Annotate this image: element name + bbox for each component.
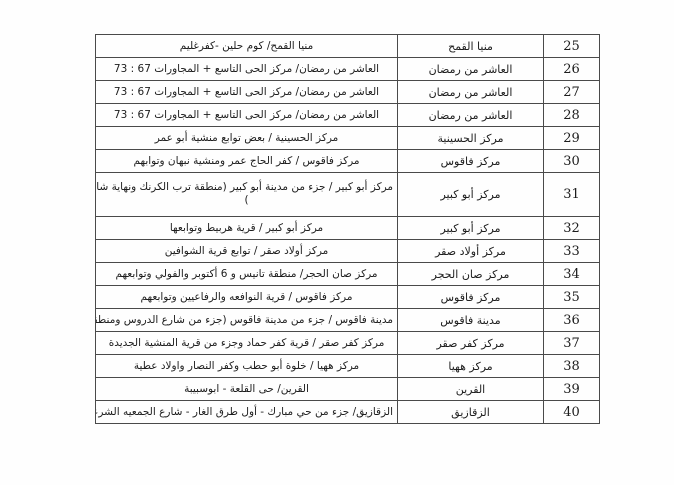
area-description-cell: مركز أبو كبير / قرية هربيط وتوابعها	[96, 217, 398, 240]
row-number-cell: 30	[544, 150, 600, 173]
area-description-cell: العاشر من رمضان/ مركز الحى التاسع + المج…	[96, 104, 398, 127]
area-description-cell: العاشر من رمضان/ مركز الحى التاسع + المج…	[96, 81, 398, 104]
area-description-cell: العاشر من رمضان/ مركز الحى التاسع + المج…	[96, 58, 398, 81]
table-row: 29 مركز الحسينية مركز الحسينية / بعض توا…	[96, 127, 600, 150]
row-number-cell: 37	[544, 332, 600, 355]
area-description-line2: )	[100, 193, 393, 208]
area-description-line1: مركز أبو كبير / جزء من مدينة أبو كبير (م…	[100, 181, 393, 193]
row-number-cell: 35	[544, 286, 600, 309]
table-row: 28 العاشر من رمضان العاشر من رمضان/ مركز…	[96, 104, 600, 127]
center-name-cell: مركز أبو كبير	[398, 217, 544, 240]
area-description-cell: مركز فاقوس / قرية النوافعه والرفاعيين وت…	[96, 286, 398, 309]
area-description-cell: مركز ههيا / خلوة أبو حطب وكفر النصار واو…	[96, 355, 398, 378]
center-name-cell: الزقازيق	[398, 401, 544, 424]
row-number-cell: 38	[544, 355, 600, 378]
table-row: 40 الزقازيق الزقازيق/ جزء من حي مبارك - …	[96, 401, 600, 424]
row-number-cell: 29	[544, 127, 600, 150]
row-number-cell: 32	[544, 217, 600, 240]
center-name-cell: منيا القمح	[398, 35, 544, 58]
table-row: 38 مركز ههيا مركز ههيا / خلوة أبو حطب وك…	[96, 355, 600, 378]
table-row: 26 العاشر من رمضان العاشر من رمضان/ مركز…	[96, 58, 600, 81]
center-name-cell: مركز أولاد صقر	[398, 240, 544, 263]
table-row: 34 مركز صان الحجر مركز صان الحجر/ منطقة …	[96, 263, 600, 286]
area-description-cell: مركز فاقوس / كفر الحاج عمر ومنشية نبهان …	[96, 150, 398, 173]
area-description-cell: منيا القمح/ كوم حلين -كفرغليم	[96, 35, 398, 58]
table-row: 37 مركز كفر صقر مركز كفر صقر / قرية كفر …	[96, 332, 600, 355]
center-name-cell: مركز صان الحجر	[398, 263, 544, 286]
row-number-cell: 34	[544, 263, 600, 286]
center-name-cell: مركز الحسينية	[398, 127, 544, 150]
area-description-cell: مركز كفر صقر / قرية كفر حماد وجزء من قري…	[96, 332, 398, 355]
center-name-cell: العاشر من رمضان	[398, 58, 544, 81]
row-number-cell: 27	[544, 81, 600, 104]
row-number-cell: 36	[544, 309, 600, 332]
coverage-table: 25 منيا القمح منيا القمح/ كوم حلين -كفرغ…	[95, 34, 600, 424]
center-name-cell: القرين	[398, 378, 544, 401]
table-row: 39 القرين القرين/ حى القلعة - ابوسبيبة	[96, 378, 600, 401]
area-description-cell: القرين/ حى القلعة - ابوسبيبة	[96, 378, 398, 401]
area-description-cell: مركز الحسينية / بعض توابع منشية أبو عمر	[96, 127, 398, 150]
area-description-cell: مركز صان الحجر/ منطقة تانيس و 6 أكتوبر و…	[96, 263, 398, 286]
center-name-cell: العاشر من رمضان	[398, 81, 544, 104]
center-name-cell: مركز ههيا	[398, 355, 544, 378]
table-row: 35 مركز فاقوس مركز فاقوس / قرية النوافعه…	[96, 286, 600, 309]
table-row: 33 مركز أولاد صقر مركز أولاد صقر / توابع…	[96, 240, 600, 263]
row-number-cell: 31	[544, 173, 600, 217]
table-row: 36 مدينة فاقوس مدينة فاقوس / جزء من مدين…	[96, 309, 600, 332]
document-page: 25 منيا القمح منيا القمح/ كوم حلين -كفرغ…	[0, 0, 674, 485]
area-description-cell: مركز أولاد صقر / توابع قرية الشوافين	[96, 240, 398, 263]
center-name-cell: مركز فاقوس	[398, 150, 544, 173]
center-name-cell: مركز كفر صقر	[398, 332, 544, 355]
center-name-cell: مدينة فاقوس	[398, 309, 544, 332]
area-description-cell: مركز أبو كبير / جزء من مدينة أبو كبير (م…	[96, 173, 398, 217]
row-number-cell: 40	[544, 401, 600, 424]
table-row: 31 مركز أبو كبير مركز أبو كبير / جزء من …	[96, 173, 600, 217]
table-row: 27 العاشر من رمضان العاشر من رمضان/ مركز…	[96, 81, 600, 104]
area-description-cell: مدينة فاقوس / جزء من مدينة فاقوس (جزء من…	[96, 309, 398, 332]
area-description-cell: الزقازيق/ جزء من حي مبارك - أول طرق الغا…	[96, 401, 398, 424]
row-number-cell: 39	[544, 378, 600, 401]
table-row: 32 مركز أبو كبير مركز أبو كبير / قرية هر…	[96, 217, 600, 240]
row-number-cell: 28	[544, 104, 600, 127]
table-row: 30 مركز فاقوس مركز فاقوس / كفر الحاج عمر…	[96, 150, 600, 173]
row-number-cell: 33	[544, 240, 600, 263]
row-number-cell: 26	[544, 58, 600, 81]
table-row: 25 منيا القمح منيا القمح/ كوم حلين -كفرغ…	[96, 35, 600, 58]
row-number-cell: 25	[544, 35, 600, 58]
center-name-cell: العاشر من رمضان	[398, 104, 544, 127]
center-name-cell: مركز أبو كبير	[398, 173, 544, 217]
center-name-cell: مركز فاقوس	[398, 286, 544, 309]
